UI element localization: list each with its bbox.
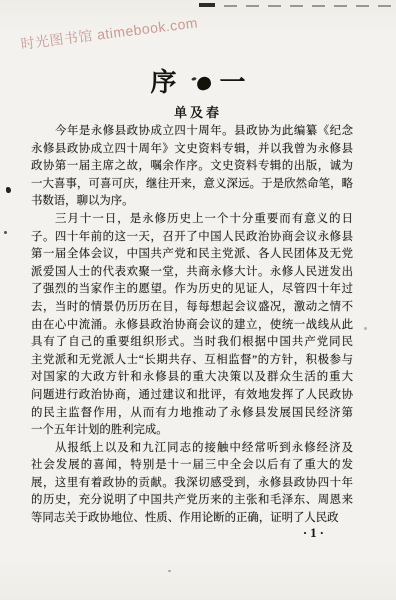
- text-line: 展，这里有着政协的贡献。我深切感受到，永修县政协四十年: [31, 475, 353, 493]
- edge-dash: [334, 5, 347, 7]
- ink-speck: [6, 187, 11, 193]
- text-line: 永修县政协成立四十周年》文史资料专辑，并以我曾为永修县: [31, 141, 353, 159]
- scanned-book-page: 时光图书馆 atimebook.com 序 一 单及春 今年是永修县政协成立四十…: [0, 0, 396, 600]
- paragraph: 今年是永修县政协成立四十周年。县政协为此编纂《纪念永修县政协成立四十周年》文史资…: [31, 123, 353, 211]
- ink-speck: [364, 327, 367, 330]
- text-line: 社会发展的喜闻，特别是十一届三中全会以后有了重大的发: [31, 457, 353, 475]
- edge-dash: [312, 5, 325, 7]
- text-line: 派爱国人士的代表欢聚一堂，共商永修大计。永修人民迸发出: [31, 264, 353, 282]
- title-char-xu: 序: [150, 62, 176, 99]
- author-name: 单及春: [0, 102, 396, 121]
- body-text: 今年是永修县政协成立四十周年。县政协为此编纂《纪念永修县政协成立四十周年》文史资…: [31, 123, 353, 528]
- text-line: 的民主监督作用，从而有力地推动了永修县发展国民经济第: [31, 405, 353, 423]
- text-line: 三月十一日，是永修历史上一个十分重要而有意义的日: [31, 211, 353, 229]
- text-line: 书数语，聊以为序。: [31, 193, 353, 211]
- text-line: 政协第一届主席之故，嘱余作序。文史资料专辑的出版，诚为: [31, 158, 353, 176]
- paragraph: 三月十一日，是永修历史上一个十分重要而有意义的日子。四十年前的这一天，召开了中国…: [31, 211, 353, 440]
- library-watermark: 时光图书馆 atimebook.com: [20, 12, 199, 54]
- text-line: 一个五年计划的胜利完成。: [31, 422, 353, 440]
- text-line: 去，当时的情景仍历历在目，每每想起会议盛况，激动之情不: [31, 299, 353, 317]
- edge-dash: [356, 5, 369, 7]
- text-line: 问题进行政治协商，通过建议和批评，有效地发挥了人民政协: [31, 387, 353, 405]
- paragraph: 从报纸上以及和九江同志的接触中经常听到永修经济及社会发展的喜闻，特别是十一届三中…: [31, 440, 353, 528]
- text-line: 第一届全体会议，中国共产党和民主党派、各人民团体及无党: [31, 246, 353, 264]
- ink-speck: [4, 231, 7, 234]
- text-line: 了强烈的当家作主的愿望。作为历史的见证人，尽管四十年过: [31, 281, 353, 299]
- text-line: 今年是永修县政协成立四十周年。县政协为此编纂《纪念: [31, 123, 353, 141]
- top-edge-dashes: [199, 2, 396, 7]
- text-line: 子。四十年前的这一天，召开了中国人民政治协商会议永修县: [31, 229, 353, 247]
- text-line: 一大喜事，可喜可庆，继往开来，意义深远。于是欣然命笔，略: [31, 176, 353, 194]
- text-line: 的历史，充分说明了中国共产党历来的主张和毛泽东、周恩来: [31, 492, 353, 510]
- edge-dash: [290, 5, 303, 7]
- page-title: 序 一: [0, 62, 396, 99]
- title-char-yi: 一: [220, 62, 246, 99]
- edge-dash: [199, 3, 215, 7]
- edge-dash: [246, 5, 259, 7]
- text-line: 主党派和无党派人士“长期共存、互相监督”的方针，积极参与: [31, 352, 353, 370]
- text-line: 具有了自己的重要组织形式。当时我们根据中国共产党同民: [31, 334, 353, 352]
- text-line: 从报纸上以及和九江同志的接触中经常听到永修经济及: [31, 440, 353, 458]
- edge-dash: [268, 5, 281, 7]
- text-line: 对国家的大政方针和永修县的重大决策以及群众生活的重大: [31, 369, 353, 387]
- edge-dash: [378, 5, 391, 7]
- edge-dash: [224, 5, 237, 7]
- ink-speck: [168, 570, 171, 572]
- ink-blob-icon: [195, 75, 212, 91]
- text-line: 由在心中流涌。永修县政治协商会议的建立，使统一战线从此: [31, 317, 353, 335]
- page-number: ·1·: [303, 525, 327, 541]
